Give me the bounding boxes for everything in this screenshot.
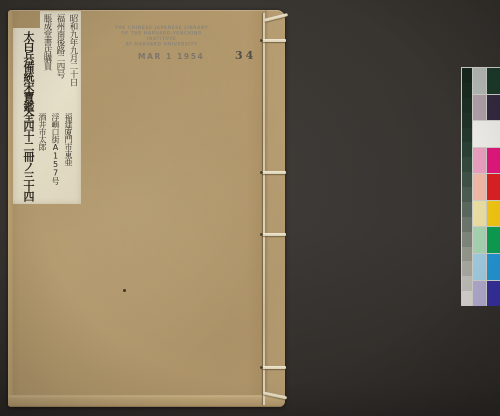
color-patch bbox=[473, 281, 486, 307]
date-stamp: MAR 1 1954 bbox=[138, 52, 204, 61]
color-patch bbox=[473, 121, 500, 147]
grayscale-step bbox=[462, 291, 472, 306]
label-lower-columns: 福建廈門市東亜 浮嶼口街A157号 酒井市太郎 bbox=[36, 113, 75, 201]
grayscale-step bbox=[462, 98, 472, 113]
grayscale-step bbox=[462, 202, 472, 217]
number-stamp: 34 bbox=[235, 49, 256, 62]
grayscale-step bbox=[462, 187, 472, 202]
book-cover: 太白兵備統宋寶鑑全四十二冊ノ三十四 昭和九年九月二十日 福州南後路二四号 脹成堂… bbox=[8, 10, 285, 407]
color-patch bbox=[487, 95, 500, 121]
library-stamp: THE CHINESE-JAPANESE LIBRARY OF THE HARV… bbox=[112, 25, 211, 47]
color-patch bbox=[473, 148, 486, 174]
photo-stage: 太白兵備統宋寶鑑全四十二冊ノ三十四 昭和九年九月二十日 福州南後路二四号 脹成堂… bbox=[0, 0, 500, 416]
color-patch-row bbox=[473, 148, 500, 174]
color-patch-row bbox=[473, 174, 500, 200]
color-patch-row bbox=[473, 254, 500, 280]
grayscale-step bbox=[462, 276, 472, 291]
grayscale-step bbox=[462, 172, 472, 187]
color-patch-row bbox=[473, 201, 500, 227]
label-upper-columns: 昭和九年九月二十日 福州南後路二四号 脹成堂書店購買 bbox=[40, 14, 79, 126]
bookseller-label: 太白兵備統宋寶鑑全四十二冊ノ三十四 昭和九年九月二十日 福州南後路二四号 脹成堂… bbox=[13, 11, 81, 204]
color-patch-row bbox=[473, 281, 500, 307]
grayscale-step bbox=[462, 68, 472, 83]
binding-thread-vertical bbox=[263, 13, 265, 405]
color-patch-grid bbox=[473, 68, 500, 306]
grayscale-step bbox=[462, 261, 472, 276]
library-stamp-line2: OF THE HARVARD-YENCHING INSTITUTE bbox=[112, 31, 211, 42]
spine-fold-edge bbox=[265, 10, 285, 407]
color-patch-row bbox=[473, 121, 500, 147]
grayscale-step bbox=[462, 217, 472, 232]
binding-stitch bbox=[262, 233, 286, 236]
binding-hole bbox=[260, 366, 263, 369]
grayscale-step bbox=[462, 247, 472, 262]
grayscale-step bbox=[462, 142, 472, 157]
color-patch bbox=[487, 227, 500, 253]
label-street-line: 浮嶼口街A157号 bbox=[49, 113, 62, 201]
label-address-line: 福州南後路二四号 bbox=[53, 14, 66, 126]
color-patch bbox=[487, 68, 500, 94]
label-shop-line: 脹成堂書店購買 bbox=[40, 14, 53, 126]
color-patch bbox=[487, 174, 500, 200]
color-patch bbox=[473, 201, 486, 227]
grayscale-wedge bbox=[462, 68, 472, 306]
color-calibration-chart bbox=[461, 67, 500, 306]
binding-hole bbox=[260, 39, 263, 42]
color-patch bbox=[473, 227, 486, 253]
color-patch bbox=[487, 254, 500, 280]
color-patch bbox=[487, 148, 500, 174]
color-patch-row bbox=[473, 227, 500, 253]
binding-hole bbox=[260, 171, 263, 174]
grayscale-step bbox=[462, 232, 472, 247]
binding-hole bbox=[260, 233, 263, 236]
color-patch-row bbox=[473, 68, 500, 94]
grayscale-step bbox=[462, 128, 472, 143]
binding-stitch bbox=[262, 366, 286, 369]
grayscale-step bbox=[462, 83, 472, 98]
label-name-line: 酒井市太郎 bbox=[36, 113, 49, 201]
label-date-line: 昭和九年九月二十日 bbox=[66, 14, 79, 126]
color-patch bbox=[487, 281, 500, 307]
library-stamp-line3: AT HARVARD UNIVERSITY bbox=[112, 42, 211, 48]
grayscale-step bbox=[462, 113, 472, 128]
binding-stitch bbox=[262, 39, 286, 42]
color-patch bbox=[473, 174, 486, 200]
cover-bottom-edge bbox=[8, 395, 285, 407]
color-patch-row bbox=[473, 95, 500, 121]
color-patch bbox=[487, 201, 500, 227]
binding-stitch bbox=[262, 171, 286, 174]
grayscale-step bbox=[462, 157, 472, 172]
label-city-line: 福建廈門市東亜 bbox=[62, 113, 75, 201]
color-patch bbox=[473, 254, 486, 280]
dust-speck bbox=[123, 289, 126, 292]
cover-fore-edge bbox=[8, 10, 13, 407]
color-patch bbox=[473, 68, 486, 94]
color-patch bbox=[473, 95, 486, 121]
